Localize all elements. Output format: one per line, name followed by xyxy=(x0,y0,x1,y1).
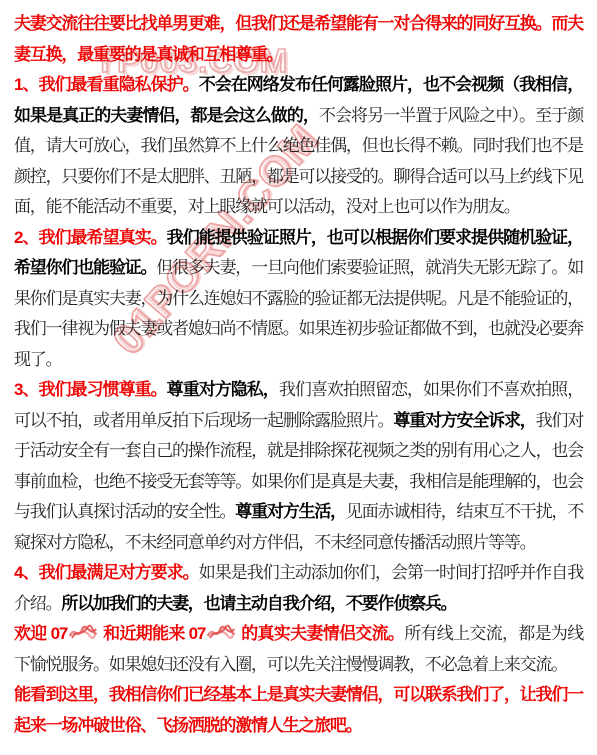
paragraph-welcome: 欢迎 07 和近期能来 07 的真实夫妻情侣交流。所有线上交流，都是为线下愉悦服… xyxy=(14,619,583,680)
text-run: 所以加我们的夫妻，也请主动自我介绍，不要作侦察兵。 xyxy=(61,594,456,613)
text-run: 4、我们最满足对方要求。 xyxy=(14,563,199,582)
text-run: 尊重对方安全诉求， xyxy=(393,411,535,430)
text-run: 能看到这里，我相信你们已经基本上是真实夫妻情侣，可以联系我们了，让我们一起来一场… xyxy=(14,685,583,735)
paragraph-point-1-privacy: 1、我们最看重隐私保护。不会在网络发布任何露脸照片，也不会视频（我相信，如果是真… xyxy=(14,70,583,223)
redaction-scribble-icon xyxy=(68,622,98,640)
text-run: 尊重对方隐私， xyxy=(167,380,279,399)
text-run: 夫妻交流往往要比找单男更难，但我们还是希望能有一对合得来的同好互换。而夫妻互换，… xyxy=(14,14,583,64)
document-body: 夫妻交流往往要比找单男更难，但我们还是希望能有一对合得来的同好互换。而夫妻互换，… xyxy=(0,0,597,755)
text-run: 尊重对方生活， xyxy=(235,502,346,521)
redaction-scribble-icon xyxy=(206,622,236,640)
paragraph-closing: 能看到这里，我相信你们已经基本上是真实夫妻情侣，可以联系我们了，让我们一起来一场… xyxy=(14,680,583,741)
text-run: 1、我们最看重隐私保护。 xyxy=(14,75,199,94)
text-run: 的真实夫妻情侣交流。 xyxy=(237,624,404,643)
paragraph-point-2-authenticity: 2、我们最希望真实。我们能提供验证照片，也可以根据你们要求提供随机验证，希望你们… xyxy=(14,223,583,376)
paragraph-point-3-respect: 3、我们最习惯尊重。尊重对方隐私，我们喜欢拍照留恋，如果你们不喜欢拍照，可以不拍… xyxy=(14,375,583,558)
paragraph-intro: 夫妻交流往往要比找单男更难，但我们还是希望能有一对合得来的同好互换。而夫妻互换，… xyxy=(14,9,583,70)
document-screenshot: { "page": { "background": "#ffffff", "ac… xyxy=(0,0,597,755)
text-run: 和近期能来 07 xyxy=(99,624,205,643)
paragraph-point-4-requirements: 4、我们最满足对方要求。如果是我们主动添加你们，会第一时间打招呼并作自我介绍。所… xyxy=(14,558,583,619)
text-run: 2、我们最希望真实。 xyxy=(14,228,167,247)
text-run: 欢迎 07 xyxy=(14,624,67,643)
text-run: 3、我们最习惯尊重。 xyxy=(14,380,167,399)
